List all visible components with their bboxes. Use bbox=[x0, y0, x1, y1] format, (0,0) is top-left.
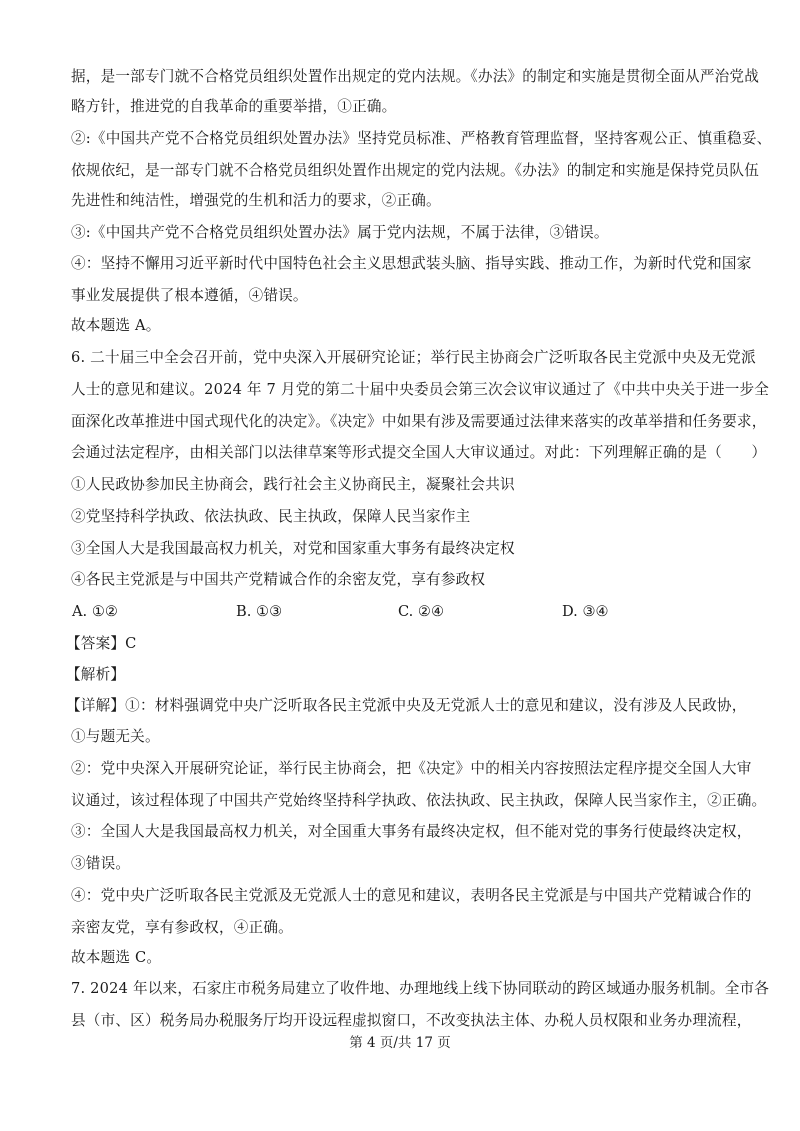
question-6-stem: 会通过法定程序，由相关部门以法律草案等形式提交全国人大审议通过。对此：下列理解正… bbox=[71, 443, 731, 463]
document-page: 据，是一部专门就不合格党员组织处置作出规定的党内法规。《办法》的制定和实施是贯彻… bbox=[0, 0, 800, 1131]
page-number-footer: 第 4 页/共 17 页 bbox=[0, 1033, 800, 1053]
analysis-heading: 【解析】 bbox=[66, 665, 726, 685]
option-b: B. ①③ bbox=[236, 602, 282, 622]
explanation-line: ③错误。 bbox=[71, 854, 731, 874]
explanation-line: ④：党中央广泛听取各民主党派及无党派人士的意见和建议，表明各民主党派是与中国共产… bbox=[71, 886, 731, 906]
explanation-line: ③：全国人大是我国最高权力机关，对全国重大事务有最终决定权，但不能对党的事务行使… bbox=[71, 822, 731, 842]
statement-1: ①人民政协参加民主协商会，践行社会主义协商民主，凝聚社会共识 bbox=[71, 475, 731, 495]
explanation-line: 亲密友党，享有参政权，④正确。 bbox=[71, 918, 731, 938]
explanation-line: 【详解】①：材料强调党中央广泛听取各民主党派中央及无党派人士的意见和建议，没有涉… bbox=[66, 696, 726, 716]
explanation-line: 议通过，该过程体现了中国共产党始终坚持科学执政、依法执政、民主执政，保障人民当家… bbox=[71, 791, 731, 811]
option-d: D. ③④ bbox=[562, 602, 609, 622]
explanation-line: ②：党中央深入开展研究论证，举行民主协商会，把《决定》中的相关内容按照法定程序提… bbox=[71, 759, 731, 779]
text-line: 据，是一部专门就不合格党员组织处置作出规定的党内法规。《办法》的制定和实施是贯彻… bbox=[71, 67, 731, 87]
text-line: 事业发展提供了根本遵循，④错误。 bbox=[71, 286, 731, 306]
option-a: A. ①② bbox=[72, 602, 118, 622]
answer-label: 【答案】C bbox=[66, 634, 726, 654]
conclusion-line: 故本题选 C。 bbox=[71, 948, 731, 968]
question-7-stem: 7. 2024 年以来，石家庄市税务局建立了收件地、办理地线上线下协同联动的跨区… bbox=[71, 979, 731, 999]
question-6-stem: 面深化改革推进中国式现代化的决定》。《决定》中如果有涉及需要通过法律来落实的改革… bbox=[71, 412, 731, 432]
explanation-line: ①与题无关。 bbox=[71, 727, 731, 747]
statement-4: ④各民主党派是与中国共产党精诚合作的余密友党，享有参政权 bbox=[71, 570, 731, 590]
question-6-stem: 6. 二十届三中全会召开前，党中央深入开展研究论证；举行民主协商会广泛听取各民主… bbox=[71, 348, 731, 368]
option-c: C. ②④ bbox=[398, 602, 444, 622]
statement-2: ②党坚持科学执政、依法执政、民主执政，保障人民当家作主 bbox=[71, 507, 731, 527]
question-7-stem: 县（市、区）税务局办税服务厅均开设远程虚拟窗口，不改变执法主体、办税人员权限和业… bbox=[71, 1011, 731, 1031]
text-line: ②:《中国共产党不合格党员组织处置办法》坚持党员标准、严格教育管理监督，坚持客观… bbox=[71, 129, 731, 149]
question-6-stem: 人士的意见和建议。2024 年 7 月党的第二十届中央委员会第三次会议审议通过了… bbox=[71, 380, 731, 400]
text-line: ③:《中国共产党不合格党员组织处置办法》属于党内法规，不属于法律，③错误。 bbox=[71, 223, 731, 243]
conclusion-line: 故本题选 A。 bbox=[71, 316, 731, 336]
text-line: ④：坚持不懈用习近平新时代中国特色社会主义思想武装头脑、指导实践、推动工作，为新… bbox=[71, 254, 731, 274]
text-line: 略方针，推进党的自我革命的重要举措，①正确。 bbox=[71, 97, 731, 117]
statement-3: ③全国人大是我国最高权力机关，对党和国家重大事务有最终决定权 bbox=[71, 539, 731, 559]
text-line: 依规依纪，是一部专门就不合格党员组织处置作出规定的党内法规。《办法》的制定和实施… bbox=[71, 161, 731, 181]
text-line: 先进性和纯洁性，增强党的生机和活力的要求，②正确。 bbox=[71, 191, 731, 211]
